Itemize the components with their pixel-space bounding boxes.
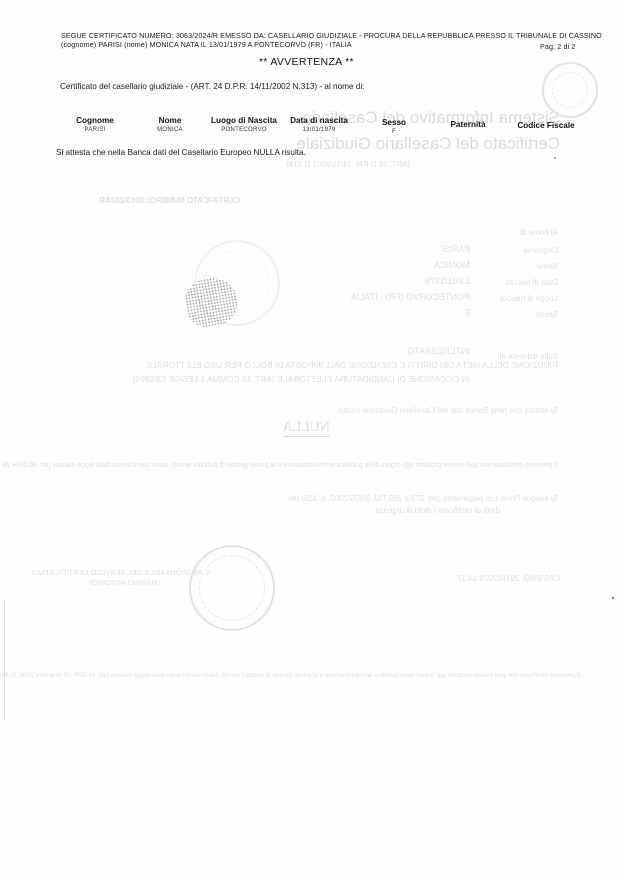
ghost-attest: Si attesta che nella Banca dati del Case… xyxy=(337,406,558,415)
col-header: Codice Fiscale xyxy=(508,121,584,130)
ghost-value-2: 13/01/1979 xyxy=(425,276,470,286)
ghost-place-date: CASSINO, 29/04/2024 14:17 xyxy=(457,574,560,583)
ghost-label-3: Luogo di nascita xyxy=(500,294,558,303)
col-value: 13/01/1979 xyxy=(286,127,352,133)
ghost-label-1: Nome xyxy=(537,262,558,271)
col-nome: Nome MONICA xyxy=(146,116,194,133)
ghost-use-value-1: INTERESSATO xyxy=(407,346,470,356)
result-note: Si attesta che nella Banca dati del Case… xyxy=(56,148,306,157)
col-value: PARISI xyxy=(62,127,128,133)
col-header: Paternità xyxy=(438,120,498,129)
ghost-signer-name: (MARINO ANTONIO) xyxy=(89,578,160,587)
ghost-label-0: Cognome xyxy=(523,246,558,255)
page-indicator: Pag. 2 di 2 xyxy=(540,42,575,51)
col-header: Sesso xyxy=(372,118,416,127)
col-header: Luogo di Nascita xyxy=(202,116,286,125)
ghost-section-label: Al nome di: xyxy=(518,228,558,237)
ghost-value-1: MONICA xyxy=(434,260,470,270)
ghost-fee-2: diritti di certificato / diritti di urge… xyxy=(375,506,500,515)
ghost-cert-number: CERTIFICATO NUMERO: 3063/2024/R xyxy=(98,196,240,205)
col-value: F xyxy=(372,129,416,135)
col-codice-fiscale: Codice Fiscale xyxy=(508,121,584,132)
scan-speck xyxy=(554,157,556,159)
ghost-footer-note: Il presente certificato non può essere p… xyxy=(0,672,580,679)
ghost-use-value-3: IN OCCASIONE DI CANDIDATURA ELETTORALE (… xyxy=(133,374,470,384)
ghost-value-0: PARISI xyxy=(441,244,470,254)
ghost-line-a: Il presente certificato non può essere p… xyxy=(0,462,558,469)
scanned-document-page: Sistema Informativo del Casellario Certi… xyxy=(0,0,620,877)
col-value: PONTECORVO xyxy=(202,127,286,133)
ghost-emblem-icon xyxy=(542,62,598,118)
scan-edge xyxy=(4,600,5,720)
col-sesso: Sesso F xyxy=(372,118,416,135)
col-value: MONICA xyxy=(146,127,194,133)
col-header: Nome xyxy=(146,116,194,125)
intro-text: Certificato del casellario giudiziale - … xyxy=(60,82,364,91)
ghost-fee-1: Si esegue l'invio con pagamento (art. 27… xyxy=(289,494,558,503)
col-luogo-nascita: Luogo di Nascita PONTECORVO xyxy=(202,116,286,133)
ghost-heading-3: (ART. 24 D.P.R. 14/11/2002 N.313) xyxy=(286,160,410,169)
ghost-value-3: PONTECORVO (FR) - ITALIA xyxy=(351,292,470,302)
ghost-seal-icon xyxy=(189,545,275,631)
col-header: Cognome xyxy=(62,116,128,125)
ghost-use-value-2: RIDUZIONE DELLA METÀ DEI DIRITTI E ESENZ… xyxy=(146,360,558,370)
ghost-label-2: Data di nascita xyxy=(505,278,558,287)
ghost-result: NULLA xyxy=(283,420,330,437)
col-data-nascita: Data di nascita 13/01/1979 xyxy=(286,116,352,133)
header-line-2: (cognome) PARISI (nome) MONICA NATA IL 1… xyxy=(61,40,352,49)
col-header: Data di nascita xyxy=(286,116,352,125)
page-title: ** AVVERTENZA ** xyxy=(259,56,354,68)
col-paternita: Paternità xyxy=(438,120,498,131)
ghost-label-4: Sesso xyxy=(536,310,558,319)
col-cognome: Cognome PARISI xyxy=(62,116,128,133)
scan-speck xyxy=(612,597,614,599)
ghost-value-4: F xyxy=(465,308,471,318)
ghost-heading-2: Certificato del Casellario Giudiziale xyxy=(296,134,560,154)
header-line-1: SEGUE CERTIFICATO NUMERO: 3063/2024/R EM… xyxy=(61,31,602,40)
ghost-signer-title: IL RESPONSABILE DEL SERVIZIO CERTIFICATI… xyxy=(32,568,210,577)
